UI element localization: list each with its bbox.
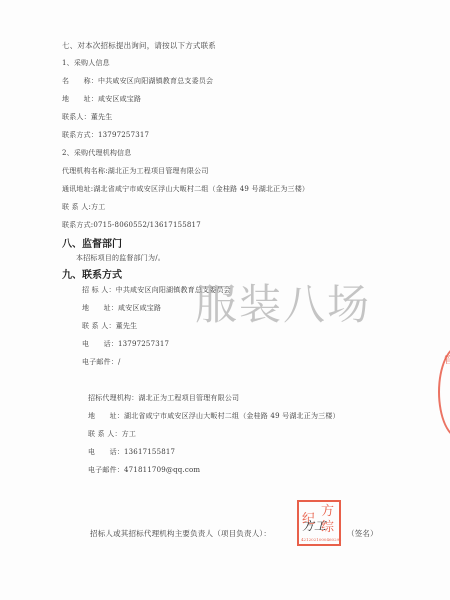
agency-name: 代理机构名称:湖北正为工程项目管理有限公司 bbox=[62, 166, 209, 176]
section8-text: 本招标项目的监督部门为/。 bbox=[76, 253, 165, 263]
agency-address-2: 地 址：湖北省咸宁市咸安区浮山大畈村二组（金桂路 49 号湖北正为三楼） bbox=[88, 411, 340, 421]
side-stamp: 管 bbox=[438, 345, 450, 439]
agency-contact-2: 联 系 人：方工 bbox=[88, 429, 136, 439]
agency: 招标代理机构：湖北正为工程项目管理有限公司 bbox=[88, 393, 239, 403]
side-stamp-char: 管 bbox=[444, 353, 450, 366]
tenderer-phone: 电 话：13797257317 bbox=[82, 339, 169, 349]
agency-phone: 联系方式:0715-8060552/13617155817 bbox=[62, 220, 201, 230]
purchaser-heading: 1、采购人信息 bbox=[62, 58, 110, 68]
signature-text: 招标人或其招标代理机构主要负责人（项目负责人）： bbox=[90, 528, 271, 539]
section8-title: 八、监督部门 bbox=[62, 235, 122, 250]
purchaser-address: 地 址：咸安区咸宝路 bbox=[62, 94, 141, 104]
seal-code: 4212021000460291 bbox=[301, 537, 342, 542]
agency-contact: 联 系 人:方工 bbox=[62, 202, 105, 212]
watermark: 服装八场 bbox=[195, 272, 371, 332]
agency-email: 电子邮件：471811709@qq.com bbox=[88, 465, 200, 475]
tenderer-address: 地 址：咸安区咸宝路 bbox=[82, 303, 161, 313]
purchaser-contact: 联系人：董先生 bbox=[62, 112, 112, 122]
purchaser-phone: 联系方式：13797257317 bbox=[62, 130, 149, 140]
purchaser-name: 名 称：中共咸安区向阳湖镇教育总支委员会 bbox=[62, 76, 213, 86]
agency-heading: 2、采购代理机构信息 bbox=[62, 148, 131, 158]
signature-suffix: （签名） bbox=[347, 528, 378, 539]
handwritten-signature: 方工 bbox=[302, 517, 326, 534]
section7-intro: 七、对本次招标提出询问，请按以下方式联系 bbox=[62, 40, 216, 51]
tenderer-contact: 联 系 人：董先生 bbox=[82, 321, 137, 331]
agency-address: 通讯地址:湖北省咸宁市咸安区浮山大畈村二组（金桂路 49 号湖北正为三楼） bbox=[62, 184, 309, 194]
section9-title: 九、联系方式 bbox=[62, 266, 122, 281]
agency-phone-2: 电 话：13617155817 bbox=[88, 447, 175, 457]
tenderer-email: 电子邮件：/ bbox=[82, 357, 121, 367]
